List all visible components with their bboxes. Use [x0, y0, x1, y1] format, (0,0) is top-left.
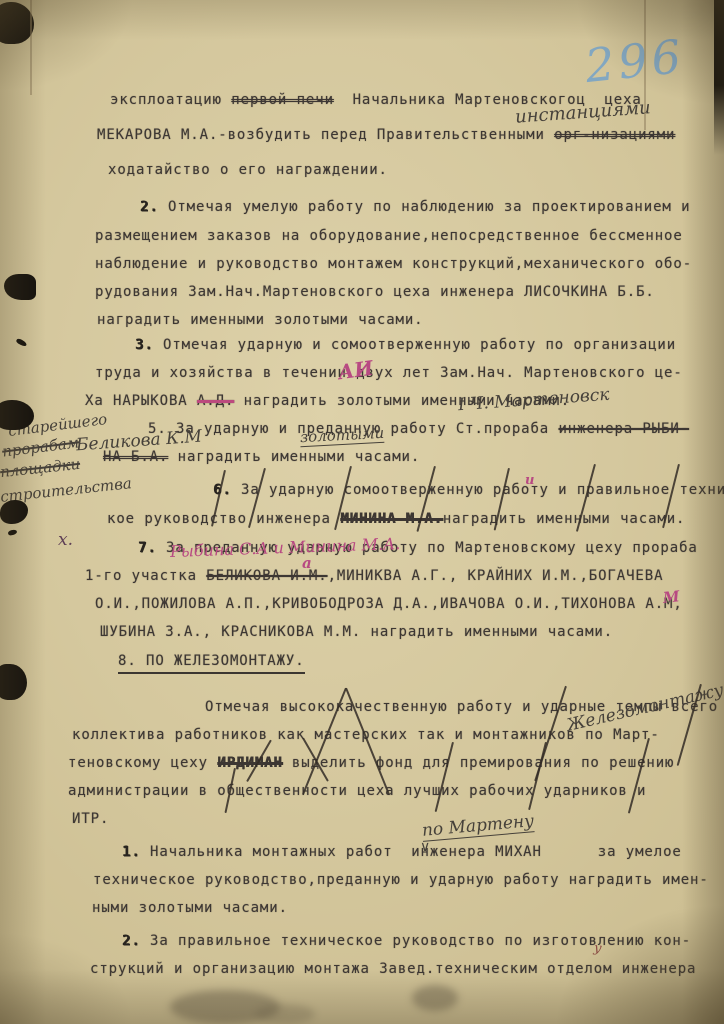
- typed-text: ИТР.: [72, 811, 109, 827]
- typed-text: Отмечая ударную и сомоотверженную работу…: [154, 337, 676, 353]
- typed-text: ходатайство о его награждении.: [108, 162, 388, 178]
- typed-text: администрации в общественности цеха лучш…: [68, 783, 646, 799]
- handwritten-small-mark: у: [593, 942, 602, 956]
- handwritten-page-number: 296: [583, 33, 687, 89]
- typed-line: размещением заказов на оборудование,непо…: [95, 228, 683, 244]
- typed-text: ными золотыми часами.: [92, 900, 288, 916]
- typed-text: 1-го участка: [85, 568, 206, 584]
- typed-text: наградить именными: [168, 449, 355, 465]
- scanned-document-page: эксплоатацию первой печи Начальника Март…: [0, 0, 724, 1024]
- hole-punch: [0, 400, 34, 430]
- section-heading: 8. ПО ЖЕЛЕЗОМОНТАЖУ.: [118, 653, 305, 669]
- scan-edge: [714, 0, 724, 155]
- struck-initials: А.Д.: [197, 393, 234, 409]
- typed-line: кое руководство инженера МИНИНА М.А.нагр…: [107, 511, 685, 527]
- typed-text: эксплоатацию: [110, 92, 231, 108]
- typed-line: 1-го участка БЕЛИКОВА И.М.,МИНИКВА А.Г.,…: [85, 568, 663, 584]
- ink-blot: [4, 274, 36, 300]
- typed-line: струкций и организацию монтажа Завед.тех…: [90, 961, 696, 977]
- handwritten-letter-correction: М: [662, 589, 680, 606]
- ink-blot: [0, 664, 27, 700]
- ink-blot: [0, 2, 34, 44]
- paragraph-number: 1.: [122, 844, 141, 860]
- paper-crease: [644, 0, 646, 130]
- heading-text: 8. ПО ЖЕЛЕЗОМОНТАЖУ.: [118, 653, 305, 674]
- typed-line: 6. За ударную сомоотверженную работу и п…: [213, 482, 724, 498]
- typed-line: НА Б.А. наградить именными часами.: [103, 449, 420, 465]
- typed-text: теновскому цеху: [68, 755, 217, 771]
- typed-text: техническое руководство,преданную и удар…: [93, 872, 709, 888]
- ink-blot: [0, 500, 28, 524]
- typed-line: наградить именными золотыми часами.: [97, 312, 424, 328]
- typed-line: 2. Отмечая умелую работу по наблюдению з…: [140, 199, 690, 215]
- typed-text: струкций и организацию монтажа Завед.тех…: [90, 961, 696, 977]
- handwritten-word-insert: по Мартену: [421, 813, 534, 842]
- smudge: [412, 985, 458, 1011]
- typed-line: техническое руководство,преданную и удар…: [93, 872, 709, 888]
- typed-line: О.И.,ПОЖИЛОВА А.П.,КРИВОБОДРОЗА Д.А.,ИВА…: [95, 596, 683, 612]
- struck-text: инженера РЫБИ-: [558, 421, 689, 437]
- typed-text: часами.: [355, 449, 420, 465]
- struck-text: ИРДИМАН: [217, 755, 282, 771]
- struck-text: первой печи: [231, 92, 334, 108]
- typed-text: ШУБИНА З.А., КРАСНИКОВА М.М. наградить и…: [100, 624, 613, 640]
- ink-speck: [15, 338, 27, 348]
- typed-text: За правильное техническое руководство по…: [141, 933, 691, 949]
- typed-line: 5. За ударную и преданную работу Ст.прор…: [148, 421, 689, 437]
- typed-text: МЕКАРОВА М.А.-возбудить перед Правительс…: [97, 127, 554, 143]
- struck-name: МИНИНА М.А.: [340, 511, 443, 527]
- typed-text: наблюдение и руководство монтажем констр…: [95, 256, 692, 272]
- handwritten-margin-note: площадки: [0, 457, 81, 480]
- typed-line: ходатайство о его награждении.: [108, 162, 388, 178]
- typed-line: ными золотыми часами.: [92, 900, 288, 916]
- typed-text: Ха НАРЫКОВА: [85, 393, 197, 409]
- pen-slash: [628, 738, 650, 814]
- typed-text: труда и хозяйства в течении двух лет Зам…: [95, 365, 683, 381]
- handwritten-caret: ∨: [420, 840, 430, 854]
- typed-text: За ударную сомоотверженную работу и прав…: [232, 482, 724, 498]
- typed-line: труда и хозяйства в течении двух лет Зам…: [95, 365, 683, 381]
- paragraph-number: 2.: [140, 199, 159, 215]
- typed-text: Отмечая умелую работу по наблюдению за п…: [159, 199, 691, 215]
- handwritten-margin-note: I Ч. Мартеновск: [458, 387, 610, 415]
- ink-speck: [8, 529, 18, 536]
- handwritten-letter-correction: и: [525, 474, 534, 487]
- handwritten-word-insert: золотыми: [300, 426, 385, 447]
- typed-line: 2. За правильное техническое руководство…: [122, 933, 691, 949]
- typed-line: ИТР.: [72, 811, 109, 827]
- paragraph-number: 3.: [135, 337, 154, 353]
- typed-line: администрации в общественности цеха лучш…: [68, 783, 646, 799]
- pen-slash: [435, 742, 454, 812]
- typed-line: 3. Отмечая ударную и сомоотверженную раб…: [135, 337, 676, 353]
- paragraph-number: 7.: [138, 540, 157, 556]
- smudge: [255, 1004, 315, 1024]
- paper-crease: [30, 0, 32, 95]
- typed-line: рудования Зам.Нач.Мартеновского цеха инж…: [95, 284, 655, 300]
- paragraph-number: 2.: [122, 933, 141, 949]
- pen-slash: [528, 742, 547, 810]
- typed-text: размещением заказов на оборудование,непо…: [95, 228, 683, 244]
- typed-line: МЕКАРОВА М.А.-возбудить перед Правительс…: [97, 127, 675, 143]
- struck-text: орг-низациями: [554, 127, 675, 143]
- typed-line: ШУБИНА З.А., КРАСНИКОВА М.М. наградить и…: [100, 624, 613, 640]
- typed-text: кое руководство инженера: [107, 511, 340, 527]
- typed-text: Начальника монтажных работ инженера МИХА…: [141, 844, 682, 860]
- typed-text: наградить именными часами.: [443, 511, 686, 527]
- typed-text: рудования Зам.Нач.Мартеновского цеха инж…: [95, 284, 655, 300]
- typed-line: теновскому цеху ИРДИМАН выделить фонд дл…: [68, 755, 674, 771]
- typed-line: наблюдение и руководство монтажем констр…: [95, 256, 692, 272]
- typed-text: выделить фонд для премирования по решени…: [283, 755, 675, 771]
- typed-text: О.И.,ПОЖИЛОВА А.П.,КРИВОБОДРОЗА Д.А.,ИВА…: [95, 596, 683, 612]
- handwritten-initials-correction: АИ: [337, 358, 375, 383]
- handwritten-letter-correction: а: [302, 556, 312, 571]
- handwritten-x-mark: х.: [58, 532, 73, 549]
- typed-text: ,МИНИКВА А.Г., КРАЙНИХ И.М.,БОГАЧЕВА: [328, 568, 664, 584]
- typed-text: наградить именными золотыми часами.: [97, 312, 424, 328]
- typed-line: 1. Начальника монтажных работ инженера М…: [122, 844, 682, 860]
